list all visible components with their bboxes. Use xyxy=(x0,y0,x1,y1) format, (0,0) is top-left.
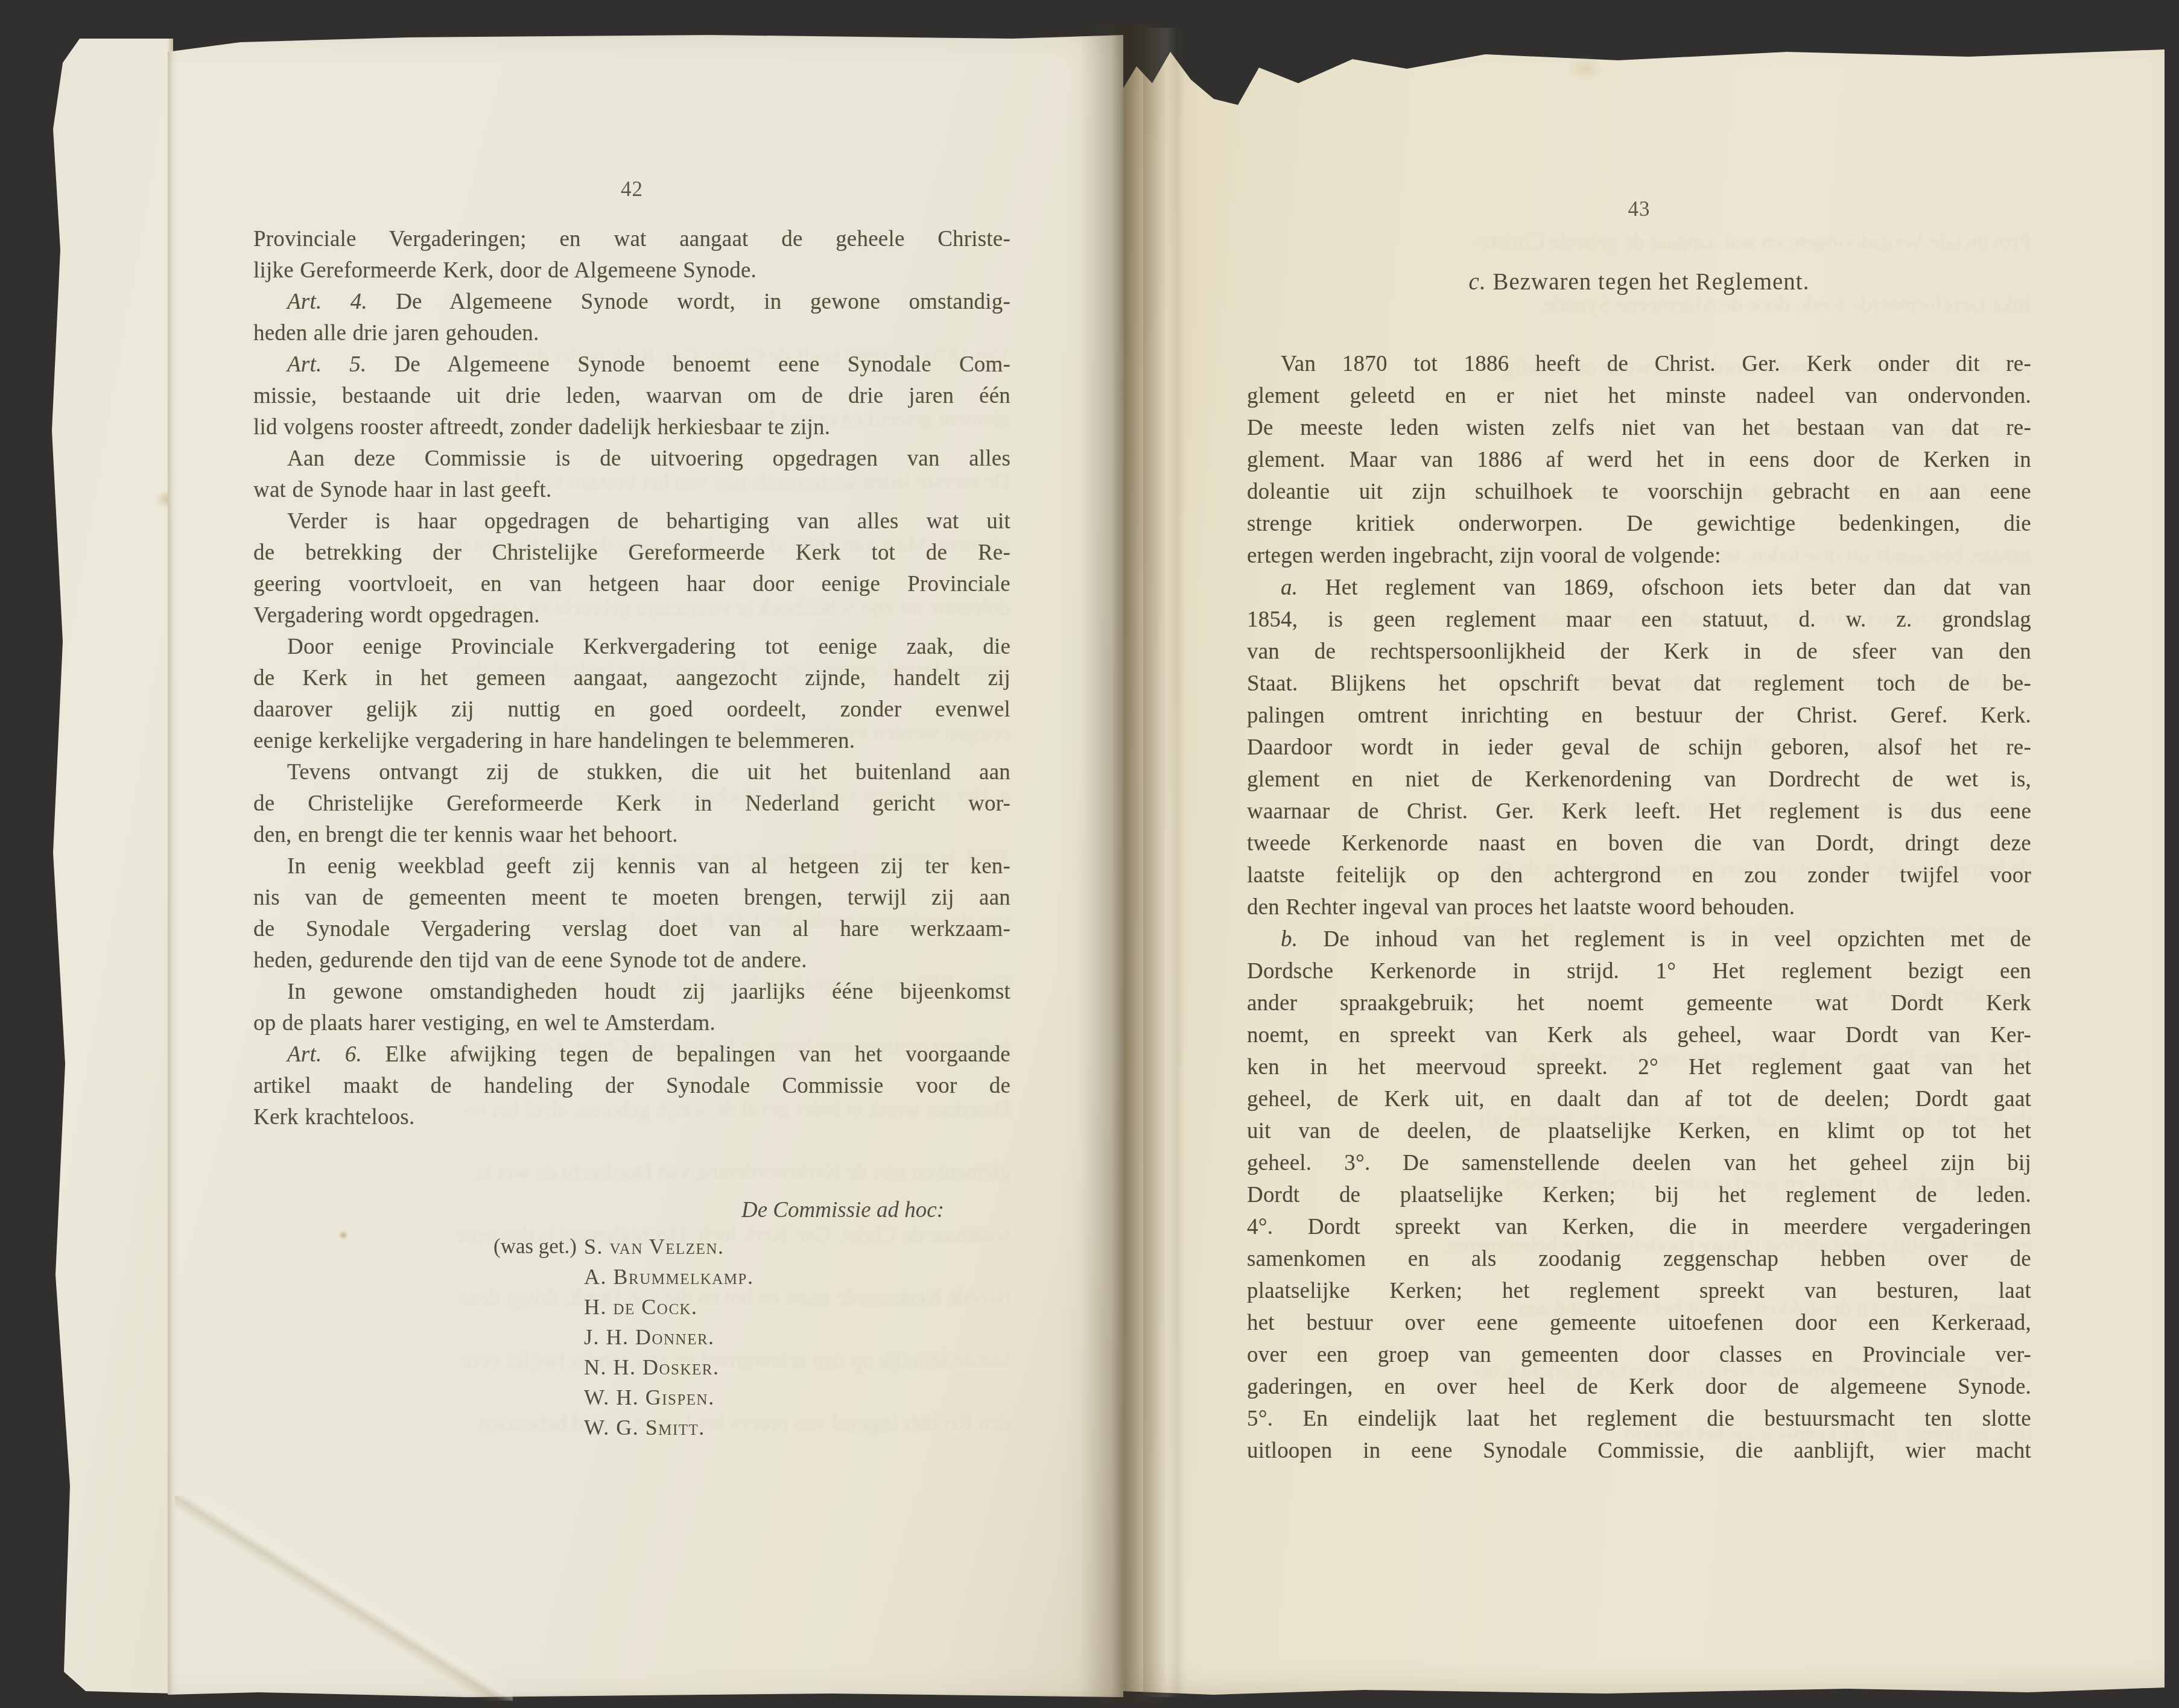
article-label: Art. 4. xyxy=(287,289,367,314)
text-line: Vergadering wordt opgedragen. xyxy=(253,600,1010,631)
text-line: het bestuur over eene gemeente uitoefene… xyxy=(1247,1307,2031,1339)
text-line: Art. 4. De Algemeene Synode wordt, in ge… xyxy=(253,286,1010,318)
text-line: glement. Maar van 1886 af werd het in ee… xyxy=(1247,444,2031,476)
text-line: eenige kerkelijke vergadering in hare ha… xyxy=(253,726,1010,757)
text-line: palingen omtrent inrichting en bestuur d… xyxy=(1247,700,2031,732)
text-line: ken in het meervoud spreekt. 2° Het regl… xyxy=(1247,1051,2031,1083)
text-line: Verder is haar opgedragen de behartiging… xyxy=(253,506,1010,537)
text-line: glement en niet de Kerkenordening van Do… xyxy=(1247,764,2031,795)
signature-row: H. de Cock. xyxy=(253,1292,1010,1322)
text-line: lid volgens rooster aftreedt, zonder dad… xyxy=(253,412,1010,443)
signature-name: W. H. Gispen. xyxy=(584,1382,715,1412)
text-line: Aan deze Commissie is de uitvoering opge… xyxy=(253,443,1010,475)
text-line: plaatselijke Kerken; het reglement spree… xyxy=(1247,1275,2031,1307)
text-line: heden alle drie jaren gehouden. xyxy=(253,318,1010,349)
signature-name: N. H. Dosker. xyxy=(584,1352,719,1382)
text-line: Van 1870 tot 1886 heeft de Christ. Ger. … xyxy=(1247,348,2031,380)
text-line: Provinciale Vergaderingen; en wat aangaa… xyxy=(253,224,1010,255)
book-scan: { "colors": { "background": "#31302e", "… xyxy=(0,0,2179,1708)
article-label: b. xyxy=(1281,927,1298,952)
text-line: Dordsche Kerkenorde in strijd. 1° Het re… xyxy=(1247,955,2031,987)
signature-name: J. H. Donner. xyxy=(584,1322,715,1352)
signature-row: W. H. Gispen. xyxy=(253,1382,1010,1412)
text-line: samenkomen en als zoodanig zeggenschap h… xyxy=(1247,1243,2031,1275)
text-line: Daardoor wordt in ieder geval de schijn … xyxy=(1247,732,2031,764)
text-line: In gewone omstandigheden houdt zij jaarl… xyxy=(253,976,1010,1008)
text-line: de betrekking der Christelijke Gereforme… xyxy=(253,537,1010,569)
signature-prefix xyxy=(493,1352,584,1382)
body-text: Provinciale Vergaderingen; en wat aangaa… xyxy=(253,224,1010,1133)
text-line: Tevens ontvangt zij de stukken, die uit … xyxy=(253,757,1010,788)
signature-name: A. Brummelkamp. xyxy=(584,1262,753,1292)
text-line: over een groep van gemeenten door classe… xyxy=(1247,1339,2031,1371)
signature-row: W. G. Smitt. xyxy=(253,1412,1010,1443)
text-line: den Rechter ingeval van proces het laats… xyxy=(1247,891,2031,923)
text-line: 5°. En eindelijk laat het reglement die … xyxy=(1247,1403,2031,1435)
signature-prefix xyxy=(493,1382,584,1412)
text-line: ertegen werden ingebracht, zijn vooral d… xyxy=(1247,540,2031,572)
text-line: lijke Gereformeerde Kerk, door de Algeme… xyxy=(253,255,1010,286)
text-line: geheel. 3°. De samenstellende deelen van… xyxy=(1247,1147,2031,1179)
right-page-text-column: 43 c. Bezwaren tegen het Reglement. Van … xyxy=(1247,196,2031,1467)
text-line: heden, gedurende den tijd van de eene Sy… xyxy=(253,945,1010,976)
text-line: Kerk krachteloos. xyxy=(253,1102,1010,1133)
text-line: Art. 5. De Algemeene Synode benoemt eene… xyxy=(253,349,1010,381)
text-line: daarover gelijk zij nuttig en goed oorde… xyxy=(253,694,1010,726)
text-line: waarnaar de Christ. Ger. Kerk leeft. Het… xyxy=(1247,795,2031,827)
page-number: 43 xyxy=(1247,196,2031,223)
text-line: tweede Kerkenorde naast en boven die van… xyxy=(1247,827,2031,859)
closing-attribution: De Commissie ad hoc: xyxy=(253,1195,1010,1226)
text-line: Dordt de plaatselijke Kerken; bij het re… xyxy=(1247,1179,2031,1211)
article-label: a. xyxy=(1281,575,1298,600)
body-text: Van 1870 tot 1886 heeft de Christ. Ger. … xyxy=(1247,348,2031,1467)
text-line: Staat. Blijkens het opschrift bevat dat … xyxy=(1247,668,2031,700)
signature-prefix xyxy=(493,1262,584,1292)
section-letter: c. xyxy=(1469,269,1486,295)
signature-row: A. Brummelkamp. xyxy=(253,1262,1010,1292)
signature-name: S. van Velzen. xyxy=(584,1232,724,1262)
text-line: 4°. Dordt spreekt van Kerken, die in mee… xyxy=(1247,1211,2031,1243)
signature-prefix xyxy=(493,1322,584,1352)
text-line: a. Het reglement van 1869, ofschoon iets… xyxy=(1247,572,2031,604)
text-line: den, en brengt die ter kennis waar het b… xyxy=(253,820,1010,851)
text-line: uit van de deelen, de plaatselijke Kerke… xyxy=(1247,1115,2031,1147)
text-line: geering voortvloeit, en van hetgeen haar… xyxy=(253,569,1010,600)
signature-list: (was get.)S. van Velzen.A. Brummelkamp.H… xyxy=(253,1232,1010,1443)
text-line: laatste feitelijk op den achtergrond en … xyxy=(1247,859,2031,891)
text-line: van de rechtspersoonlijkheid der Kerk in… xyxy=(1247,636,2031,668)
text-line: 1854, is geen reglement maar een statuut… xyxy=(1247,604,2031,636)
text-line: ander spraakgebruik; het noemt gemeente … xyxy=(1247,987,2031,1019)
section-title: Bezwaren tegen het Reglement. xyxy=(1492,269,1809,295)
text-line: De meeste leden wisten zelfs niet van he… xyxy=(1247,412,2031,444)
text-line: Door eenige Provinciale Kerkvergadering … xyxy=(253,631,1010,663)
article-label: Art. 5. xyxy=(287,352,366,377)
article-label: Art. 6. xyxy=(287,1042,362,1067)
text-line: op de plaats harer vestiging, en wel te … xyxy=(253,1008,1010,1039)
text-line: Art. 6. Elke afwijking tegen de bepaling… xyxy=(253,1039,1010,1071)
text-line: wat de Synode haar in last geeft. xyxy=(253,475,1010,506)
signature-prefix xyxy=(493,1412,584,1443)
deckle-edge-underpage xyxy=(43,39,173,1694)
text-line: missie, bestaande uit drie leden, waarva… xyxy=(253,381,1010,412)
signature-row: (was get.)S. van Velzen. xyxy=(253,1232,1010,1262)
page-number: 42 xyxy=(253,176,1010,203)
text-line: de Kerk in het gemeen aangaat, aangezoch… xyxy=(253,663,1010,694)
text-line: glement geleetd en er niet het minste na… xyxy=(1247,380,2031,412)
section-heading: c. Bezwaren tegen het Reglement. xyxy=(1247,267,2031,297)
signature-prefix: (was get.) xyxy=(493,1232,584,1262)
text-line: In eenig weekblad geeft zij kennis van a… xyxy=(253,851,1010,882)
text-line: b. De inhoud van het reglement is in vee… xyxy=(1247,923,2031,955)
text-line: nis van de gemeenten meent te moeten bre… xyxy=(253,882,1010,914)
text-line: noemt, en spreekt van Kerk als geheel, w… xyxy=(1247,1019,2031,1051)
signature-row: J. H. Donner. xyxy=(253,1322,1010,1352)
text-line: doleantie uit zijn schuilhoek te voorsch… xyxy=(1247,476,2031,508)
text-line: geheel, de Kerk uit, en daalt dan af tot… xyxy=(1247,1083,2031,1115)
signature-name: H. de Cock. xyxy=(584,1292,698,1322)
text-line: de Synodale Vergadering verslag doet van… xyxy=(253,914,1010,945)
text-line: artikel maakt de handeling der Synodale … xyxy=(253,1071,1010,1102)
text-line: strenge kritiek onderworpen. De gewichti… xyxy=(1247,508,2031,540)
text-line: gaderingen, en over heel de Kerk door de… xyxy=(1247,1371,2031,1403)
signature-prefix xyxy=(493,1292,584,1322)
signature-name: W. G. Smitt. xyxy=(584,1412,705,1443)
signature-row: N. H. Dosker. xyxy=(253,1352,1010,1382)
text-line: uitloopen in eene Synodale Commissie, di… xyxy=(1247,1435,2031,1467)
left-page-text-column: 42 Provinciale Vergaderingen; en wat aan… xyxy=(253,176,1010,1443)
text-line: de Christelijke Gereformeerde Kerk in Ne… xyxy=(253,788,1010,820)
